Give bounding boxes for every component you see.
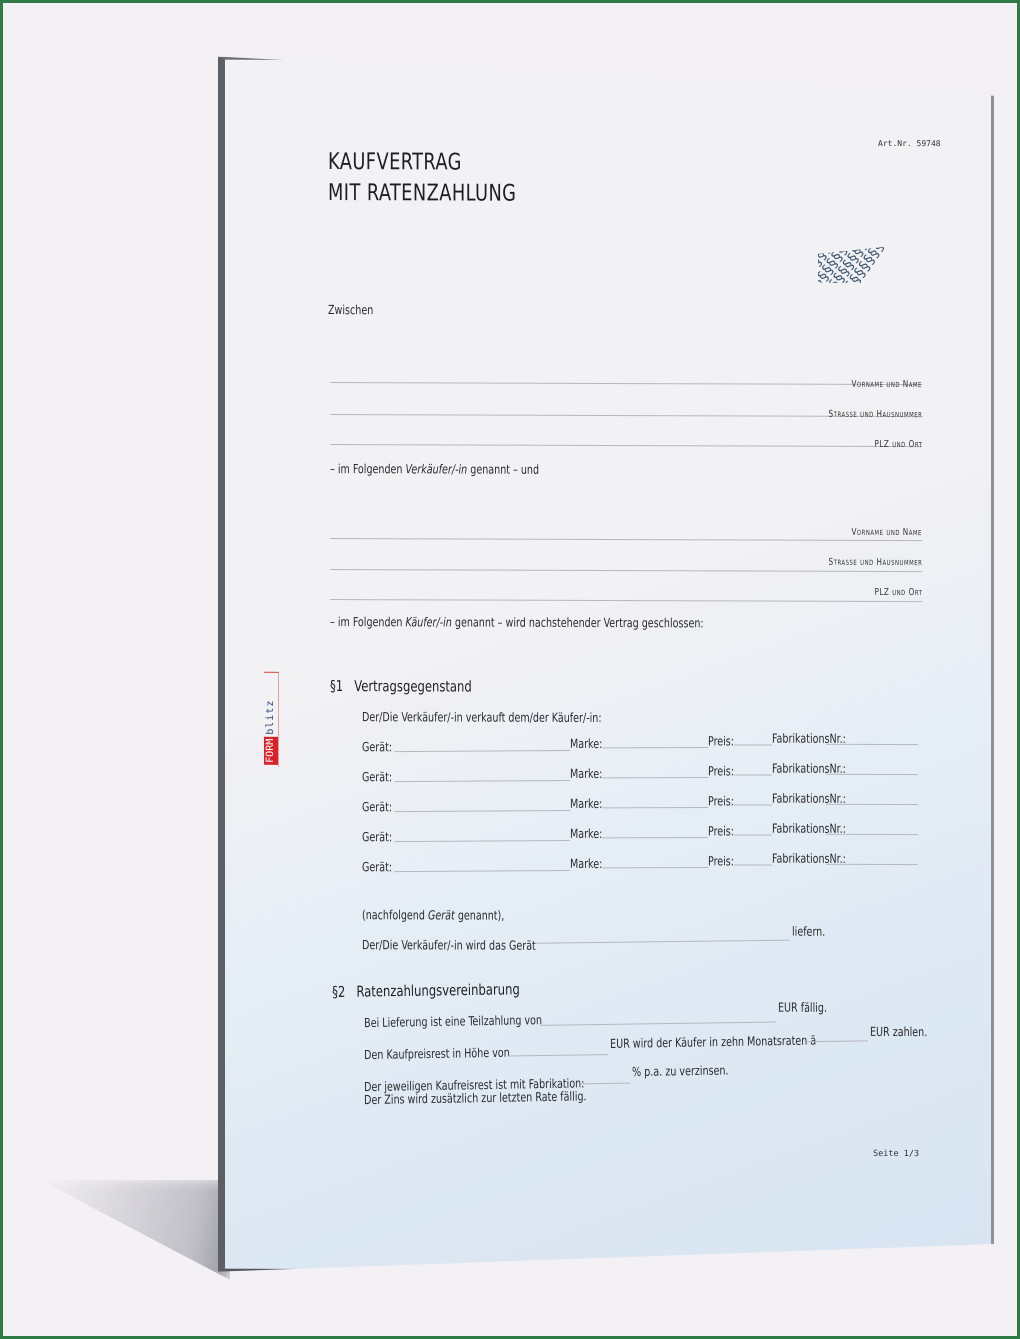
- brand-field[interactable]: [602, 777, 708, 778]
- price-label: Preis:: [708, 793, 734, 808]
- buyer-role-note: – im Folgenden Käufer/-in genannt – wird…: [330, 614, 704, 630]
- seller-city-field[interactable]: [330, 444, 922, 447]
- delivery-suffix: liefern.: [792, 924, 825, 939]
- price-label: Preis:: [708, 763, 734, 778]
- price-label: Preis:: [708, 823, 734, 838]
- document-title: KAUFVERTRAG MIT RATENZAHLUNG: [328, 147, 516, 210]
- brand-label: Marke:: [570, 796, 602, 811]
- down-payment-field[interactable]: [540, 1022, 776, 1026]
- seller-note-prefix: – im Folgenden: [330, 461, 406, 476]
- price-field[interactable]: [734, 834, 772, 835]
- device-field[interactable]: [394, 840, 570, 842]
- device-field[interactable]: [394, 750, 570, 752]
- brand-field[interactable]: [602, 837, 708, 838]
- section-1-title: Vertragsgegenstand: [354, 677, 472, 695]
- device-label: Gerät:: [362, 859, 392, 874]
- section-1-heading: §1 Vertragsgegenstand: [330, 677, 472, 695]
- brand-label: Marke:: [570, 766, 602, 781]
- device-label: Gerät:: [362, 769, 392, 784]
- device-field[interactable]: [394, 810, 570, 812]
- brand-blitz-text: blitz: [264, 700, 278, 737]
- seller-role-note: – im Folgenden Verkäufer/-in genannt – u…: [330, 461, 539, 477]
- device-field[interactable]: [394, 870, 570, 872]
- title-line-1: KAUFVERTRAG: [328, 147, 516, 179]
- device-note-suffix: genannt),: [455, 907, 505, 922]
- delivery-date-field[interactable]: [536, 940, 790, 944]
- installments-text: EUR wird der Käufer in zehn Monatsraten …: [610, 1033, 816, 1052]
- installment-suffix: EUR zahlen.: [870, 1024, 927, 1039]
- intro-text: Zwischen: [328, 302, 373, 317]
- price-label: Preis:: [708, 733, 734, 748]
- formblitz-logo: FORM blitz: [264, 672, 279, 767]
- section-1-number: §1: [330, 677, 343, 695]
- device-note: (nachfolgend Gerät genannt),: [362, 907, 504, 922]
- page-shadow: [40, 1180, 230, 1280]
- brand-label: Marke:: [570, 826, 602, 841]
- buyer-street-field[interactable]: [330, 569, 922, 572]
- article-number: Art.Nr. 59748: [878, 139, 941, 148]
- installment-amount-field[interactable]: [804, 1040, 868, 1042]
- buyer-city-label: PLZ und Ort: [874, 587, 922, 598]
- seller-role: Verkäufer/-in: [406, 461, 468, 476]
- brand-label: Marke:: [570, 736, 602, 751]
- buyer-street-label: Strasse und Hausnummer: [828, 557, 922, 568]
- buyer-city-field[interactable]: [330, 599, 922, 602]
- brand-field[interactable]: [602, 867, 708, 868]
- down-payment-suffix: EUR fällig.: [778, 1000, 827, 1015]
- price-field[interactable]: [734, 804, 772, 805]
- device-note-term: Gerät: [428, 907, 455, 922]
- remaining-amount-field[interactable]: [508, 1054, 608, 1056]
- section-2-title: Ratenzahlungsvereinbarung: [356, 980, 520, 1000]
- seller-street-label: Strasse und Hausnummer: [828, 409, 922, 420]
- buyer-note-prefix: – im Folgenden: [330, 614, 406, 629]
- delivery-text: Der/Die Verkäufer/-in wird das Gerät: [362, 937, 536, 953]
- brand-field[interactable]: [602, 807, 708, 808]
- section-1: §1 Vertragsgegenstand Der/Die Verkäufer/…: [218, 57, 994, 60]
- device-label: Gerät:: [362, 829, 392, 844]
- device-rows: Gerät:Marke:Preis:FabrikationsNr.:Gerät:…: [218, 57, 994, 60]
- brand-field[interactable]: [602, 747, 708, 748]
- section-2-number: §2: [332, 983, 345, 1001]
- device-note-prefix: (nachfolgend: [362, 907, 428, 922]
- page-content: KAUFVERTRAG MIT RATENZAHLUNG §§§§§§§§§§§…: [218, 57, 994, 1275]
- price-field[interactable]: [734, 864, 772, 865]
- remaining-amount-text: Den Kaufpreisrest in Höhe von: [364, 1045, 510, 1062]
- down-payment-text: Bei Lieferung ist eine Teilzahlung von: [364, 1012, 542, 1030]
- section-1-lead: Der/Die Verkäufer/-in verkauft dem/der K…: [362, 709, 602, 725]
- seller-name-label: Vorname und Name: [852, 379, 922, 390]
- interest-due-text: Der Zins wird zusätzlich zur letzten Rat…: [364, 1088, 587, 1107]
- buyer-note-suffix: genannt – wird nachstehender Vertrag ges…: [452, 614, 704, 630]
- document-page: KAUFVERTRAG MIT RATENZAHLUNG §§§§§§§§§§§…: [218, 57, 994, 1275]
- seller-name-field[interactable]: [330, 382, 922, 385]
- brand-form-text: FORM: [264, 737, 278, 765]
- section-2-heading: §2 Ratenzahlungsvereinbarung: [332, 980, 520, 1001]
- paragraph-symbol-pattern: §§§§§§§§§§§§§§§§§§§§§§§§§§§§§§§§§§§§§§§§…: [818, 144, 958, 283]
- brand-label: Marke:: [570, 856, 602, 871]
- seller-address-block: Vorname und Name Strasse und Hausnummer …: [218, 57, 994, 60]
- device-label: Gerät:: [362, 799, 392, 814]
- buyer-name-field[interactable]: [330, 538, 922, 541]
- price-field[interactable]: [734, 774, 772, 775]
- interest-suffix: % p.a. zu verzinsen.: [632, 1062, 729, 1079]
- price-label: Preis:: [708, 853, 734, 868]
- device-label: Gerät:: [362, 739, 392, 754]
- section-2: §2 Ratenzahlungsvereinbarung Bei Lieferu…: [218, 57, 994, 60]
- interest-rate-field[interactable]: [580, 1083, 630, 1085]
- page-number: Seite 1/3: [873, 1149, 919, 1159]
- device-field[interactable]: [394, 780, 570, 782]
- buyer-address-block: Vorname und Name Strasse und Hausnummer …: [218, 57, 994, 60]
- seller-note-suffix: genannt – und: [467, 462, 539, 477]
- buyer-role: Käufer/-in: [406, 614, 452, 629]
- title-line-2: MIT RATENZAHLUNG: [328, 178, 516, 210]
- seller-city-label: PLZ und Ort: [874, 439, 922, 450]
- price-field[interactable]: [734, 744, 772, 745]
- buyer-name-label: Vorname und Name: [852, 527, 922, 538]
